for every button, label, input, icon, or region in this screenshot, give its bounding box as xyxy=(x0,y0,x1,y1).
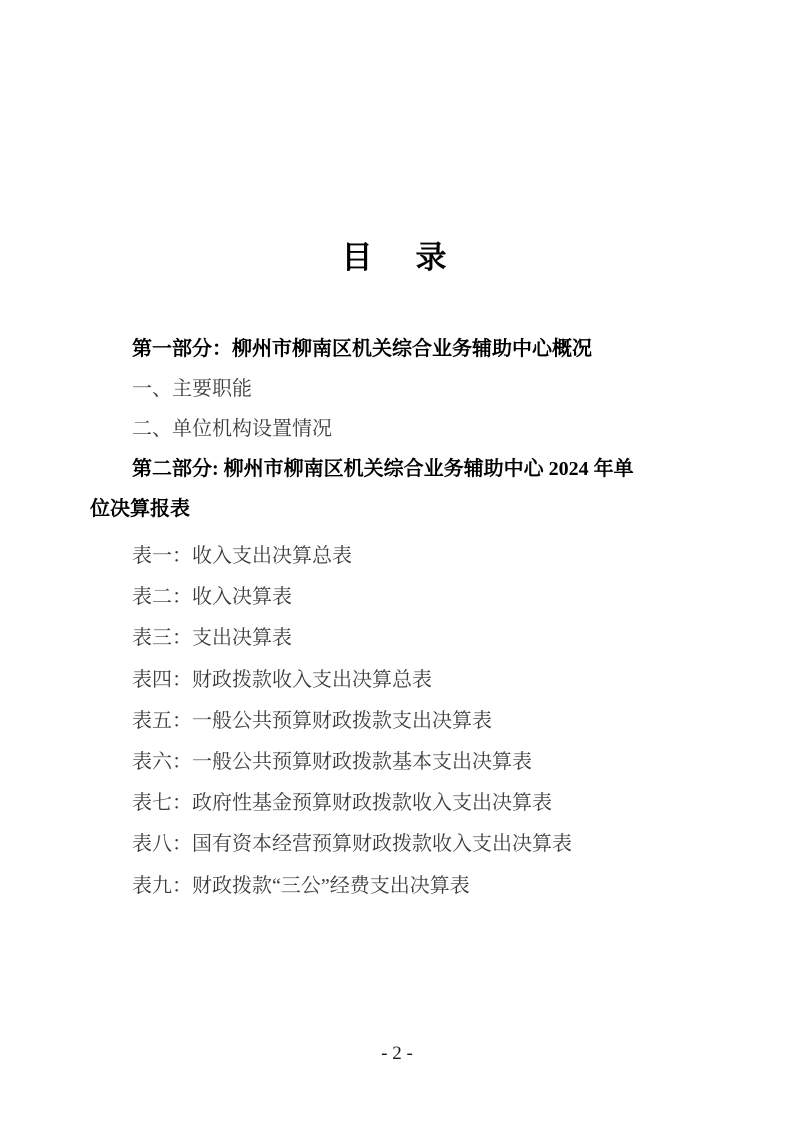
toc-table-item-4: 表四：财政拨款收入支出决算总表 xyxy=(90,660,704,701)
toc-table-item-8: 表八：国有资本经营预算财政拨款收入支出决算表 xyxy=(90,824,704,865)
toc-part2-heading-line2: 位决算报表 xyxy=(90,489,704,529)
toc-table-item-3: 表三：支出决算表 xyxy=(90,618,704,659)
toc-table-item-9: 表九：财政拨款“三公”经费支出决算表 xyxy=(90,866,704,907)
toc-table-item-6: 表六：一般公共预算财政拨款基本支出决算表 xyxy=(90,742,704,783)
toc-table-item-2: 表二：收入决算表 xyxy=(90,577,704,618)
toc-table-item-5: 表五：一般公共预算财政拨款支出决算表 xyxy=(90,701,704,742)
toc-part1-heading: 第一部分：柳州市柳南区机关综合业务辅助中心概况 xyxy=(90,329,704,369)
page-number: - 2 - xyxy=(0,1043,794,1064)
toc-table-item-1: 表一：收入支出决算总表 xyxy=(90,536,704,577)
toc-table-item-7: 表七：政府性基金预算财政拨款收入支出决算表 xyxy=(90,783,704,824)
toc-part2-heading-line1: 第二部分: 柳州市柳南区机关综合业务辅助中心 2024 年单 xyxy=(90,449,704,489)
toc-title: 目 录 xyxy=(0,232,794,277)
toc-table-list: 表一：收入支出决算总表 表二：收入决算表 表三：支出决算表 表四：财政拨款收入支… xyxy=(90,536,704,907)
document-page: 目 录 第一部分：柳州市柳南区机关综合业务辅助中心概况 一、主要职能 二、单位机… xyxy=(0,0,794,1123)
toc-sub-item-org-structure: 二、单位机构设置情况 xyxy=(90,409,704,449)
toc-top-section: 第一部分：柳州市柳南区机关综合业务辅助中心概况 一、主要职能 二、单位机构设置情… xyxy=(90,329,704,529)
toc-sub-item-functions: 一、主要职能 xyxy=(90,369,704,409)
